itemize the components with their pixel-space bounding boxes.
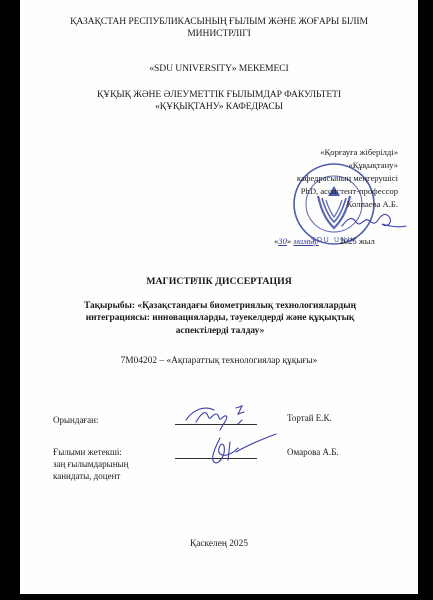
approval-date: «30» мамыр 2025 жыл bbox=[274, 236, 375, 246]
topic-line-2: интеграциясы: инновацияларды, тәуекелдер… bbox=[70, 312, 370, 324]
faculty-line: ҚҰҚЫҚ ЖӘНЕ ӘЛЕУМЕТТІК ҒЫЛЫМДАР ФАКУЛЬТЕТ… bbox=[20, 89, 418, 101]
faculty-heading: ҚҰҚЫҚ ЖӘНЕ ӘЛЕУМЕТТІК ҒЫЛЫМДАР ФАКУЛЬТЕТ… bbox=[20, 89, 418, 113]
head-signature-icon bbox=[338, 208, 408, 234]
supervisor-name: Омарова А.Б. bbox=[287, 446, 339, 458]
supervisor-signature-icon bbox=[190, 432, 280, 468]
date-close-quote: » bbox=[287, 236, 291, 246]
topic-line-1: Тақырыбы: «Қазақстандағы биометриялық те… bbox=[70, 300, 370, 312]
approval-line-3: кафедрасының меңгерушісі bbox=[297, 172, 398, 185]
place-year: Қаскелең 2025 bbox=[20, 539, 418, 549]
ministry-line-1: ҚАЗАҚСТАН РЕСПУБЛИКАСЫНЫҢ ҒЫЛЫМ ЖӘНЕ ЖОҒ… bbox=[20, 16, 418, 28]
approval-line-2: «Құқықтану» bbox=[297, 159, 398, 172]
thesis-type-title: МАГИСТРЛІК ДИССЕРТАЦИЯ bbox=[20, 276, 418, 287]
supervisor-label-line-3: канидаты, доцент bbox=[53, 470, 128, 482]
author-name: Тортай Е.К. bbox=[287, 412, 332, 424]
supervisor-label-line-1: Ғылыми жетекші: bbox=[53, 446, 128, 458]
ministry-line-2: МИНИСТРЛІГІ bbox=[20, 28, 418, 40]
approval-line-4: PhD, ассистент-профессор bbox=[297, 185, 398, 198]
supervisor-label: Ғылыми жетекші: заң ғылымдарының канидат… bbox=[53, 446, 128, 482]
document-page: ҚАЗАҚСТАН РЕСПУБЛИКАСЫНЫҢ ҒЫЛЫМ ЖӘНЕ ЖОҒ… bbox=[20, 0, 418, 594]
supervisor-label-line-2: заң ғылымдарының bbox=[53, 458, 128, 470]
department-line: «ҚҰҚЫҚТАНУ» КАФЕДРАСЫ bbox=[20, 101, 418, 113]
topic-line-3: аспектілерді талдау» bbox=[70, 325, 370, 337]
date-month: мамыр bbox=[293, 236, 337, 246]
author-signature-icon bbox=[180, 402, 260, 432]
university-heading: «SDU UNIVERSITY» МЕКЕМЕСІ bbox=[20, 63, 418, 75]
approval-block: «Қорғауға жіберілді» «Құқықтану» кафедра… bbox=[297, 146, 398, 211]
ministry-heading: ҚАЗАҚСТАН РЕСПУБЛИКАСЫНЫҢ ҒЫЛЫМ ЖӘНЕ ЖОҒ… bbox=[20, 16, 418, 40]
approval-line-1: «Қорғауға жіберілді» bbox=[297, 146, 398, 159]
date-year: 2025 жыл bbox=[340, 236, 375, 246]
date-day: 30 bbox=[278, 236, 287, 246]
author-label: Орындаған: bbox=[53, 414, 98, 426]
thesis-topic: Тақырыбы: «Қазақстандағы биометриялық те… bbox=[70, 300, 370, 337]
specialty-code: 7М04202 – «Ақпараттық технологиялар құқы… bbox=[20, 356, 418, 366]
